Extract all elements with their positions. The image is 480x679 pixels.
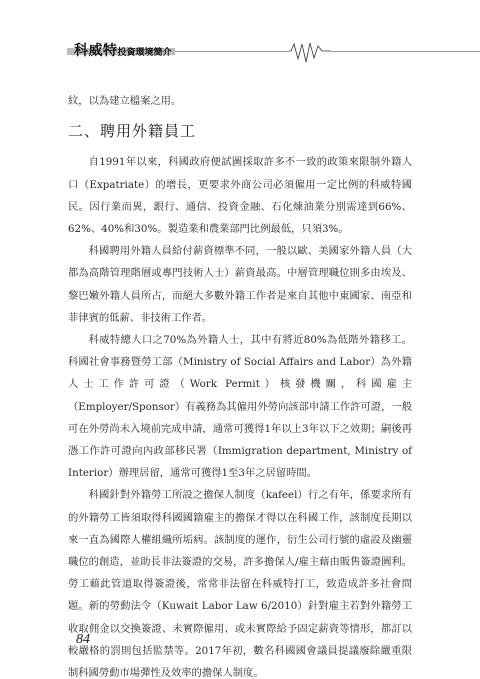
running-header: 科威特投資環境簡介 bbox=[67, 40, 412, 60]
paragraph-3: 科威特總人口之70%為外籍人士，其中有將近80%為低階外籍移工。科國社會事務暨勞… bbox=[68, 329, 412, 484]
page-body: 紋，以為建立檔案之用。 二、聘用外籍員工 自1991年以來，科國政府便試圖採取許… bbox=[68, 90, 412, 679]
book-title-sub: 投資環境簡介 bbox=[118, 48, 172, 58]
section-heading: 二、聘用外籍員工 bbox=[68, 120, 412, 142]
zigzag-wave-icon bbox=[289, 41, 331, 63]
continuation-text: 紋，以為建立檔案之用。 bbox=[68, 90, 412, 112]
book-title-main: 科威特 bbox=[74, 43, 118, 59]
page-number: 84 bbox=[76, 632, 90, 648]
paragraph-2: 科國聘用外籍人員給付薪資標準不同，一般以歐、美國家外籍人員（大都為高階管理階層或… bbox=[68, 240, 412, 329]
book-title: 科威特投資環境簡介 bbox=[74, 40, 172, 60]
paragraph-1: 自1991年以來，科國政府便試圖採取許多不一致的政策來限制外籍人口（Expatr… bbox=[68, 151, 412, 240]
paragraph-4: 科國針對外籍勞工所設之擔保人制度（kafeel）行之有年，係要求所有的外籍勞工皆… bbox=[68, 484, 412, 679]
